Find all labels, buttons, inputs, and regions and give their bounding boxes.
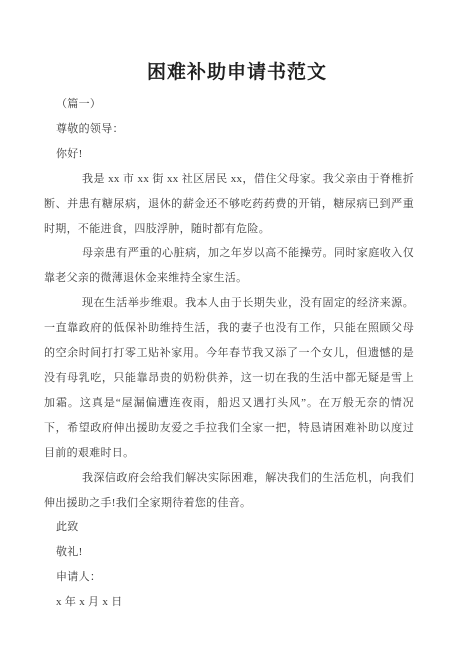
signature-date-line: x 年 x 月 x 日 [44, 590, 414, 615]
paragraph-hardship-request: 现在生活举步维艰。我本人由于长期失业，没有固定的经济来源。一直靠政府的低保补助维… [44, 291, 414, 465]
greeting-line: 你好! [44, 142, 414, 167]
paragraph-mother: 母亲患有严重的心脏病，加之年岁以高不能操劳。同时家庭收入仅靠老父亲的微薄退休金来… [44, 241, 414, 291]
document-page: 困难补助申请书范文 （篇一） 尊敬的领导： 你好! 我是 xx 市 xx 街 x… [0, 0, 474, 670]
paragraph-family-father: 我是 xx 市 xx 街 xx 社区居民 xx，借住父母家。我父亲由于脊椎折断、… [44, 167, 414, 242]
salutation-line: 尊敬的领导： [44, 117, 414, 142]
section-label: （篇一） [44, 92, 414, 117]
document-body: （篇一） 尊敬的领导： 你好! 我是 xx 市 xx 街 xx 社区居民 xx，… [44, 92, 414, 615]
applicant-label-line: 申请人： [44, 565, 414, 590]
closing-salute-line: 敬礼! [44, 540, 414, 565]
document-title: 困难补助申请书范文 [0, 59, 474, 87]
paragraph-trust-government: 我深信政府会给我们解决实际困难，解决我们的生活危机，向我们伸出援助之手!我们全家… [44, 466, 414, 516]
closing-respectfully-line: 此致 [44, 515, 414, 540]
